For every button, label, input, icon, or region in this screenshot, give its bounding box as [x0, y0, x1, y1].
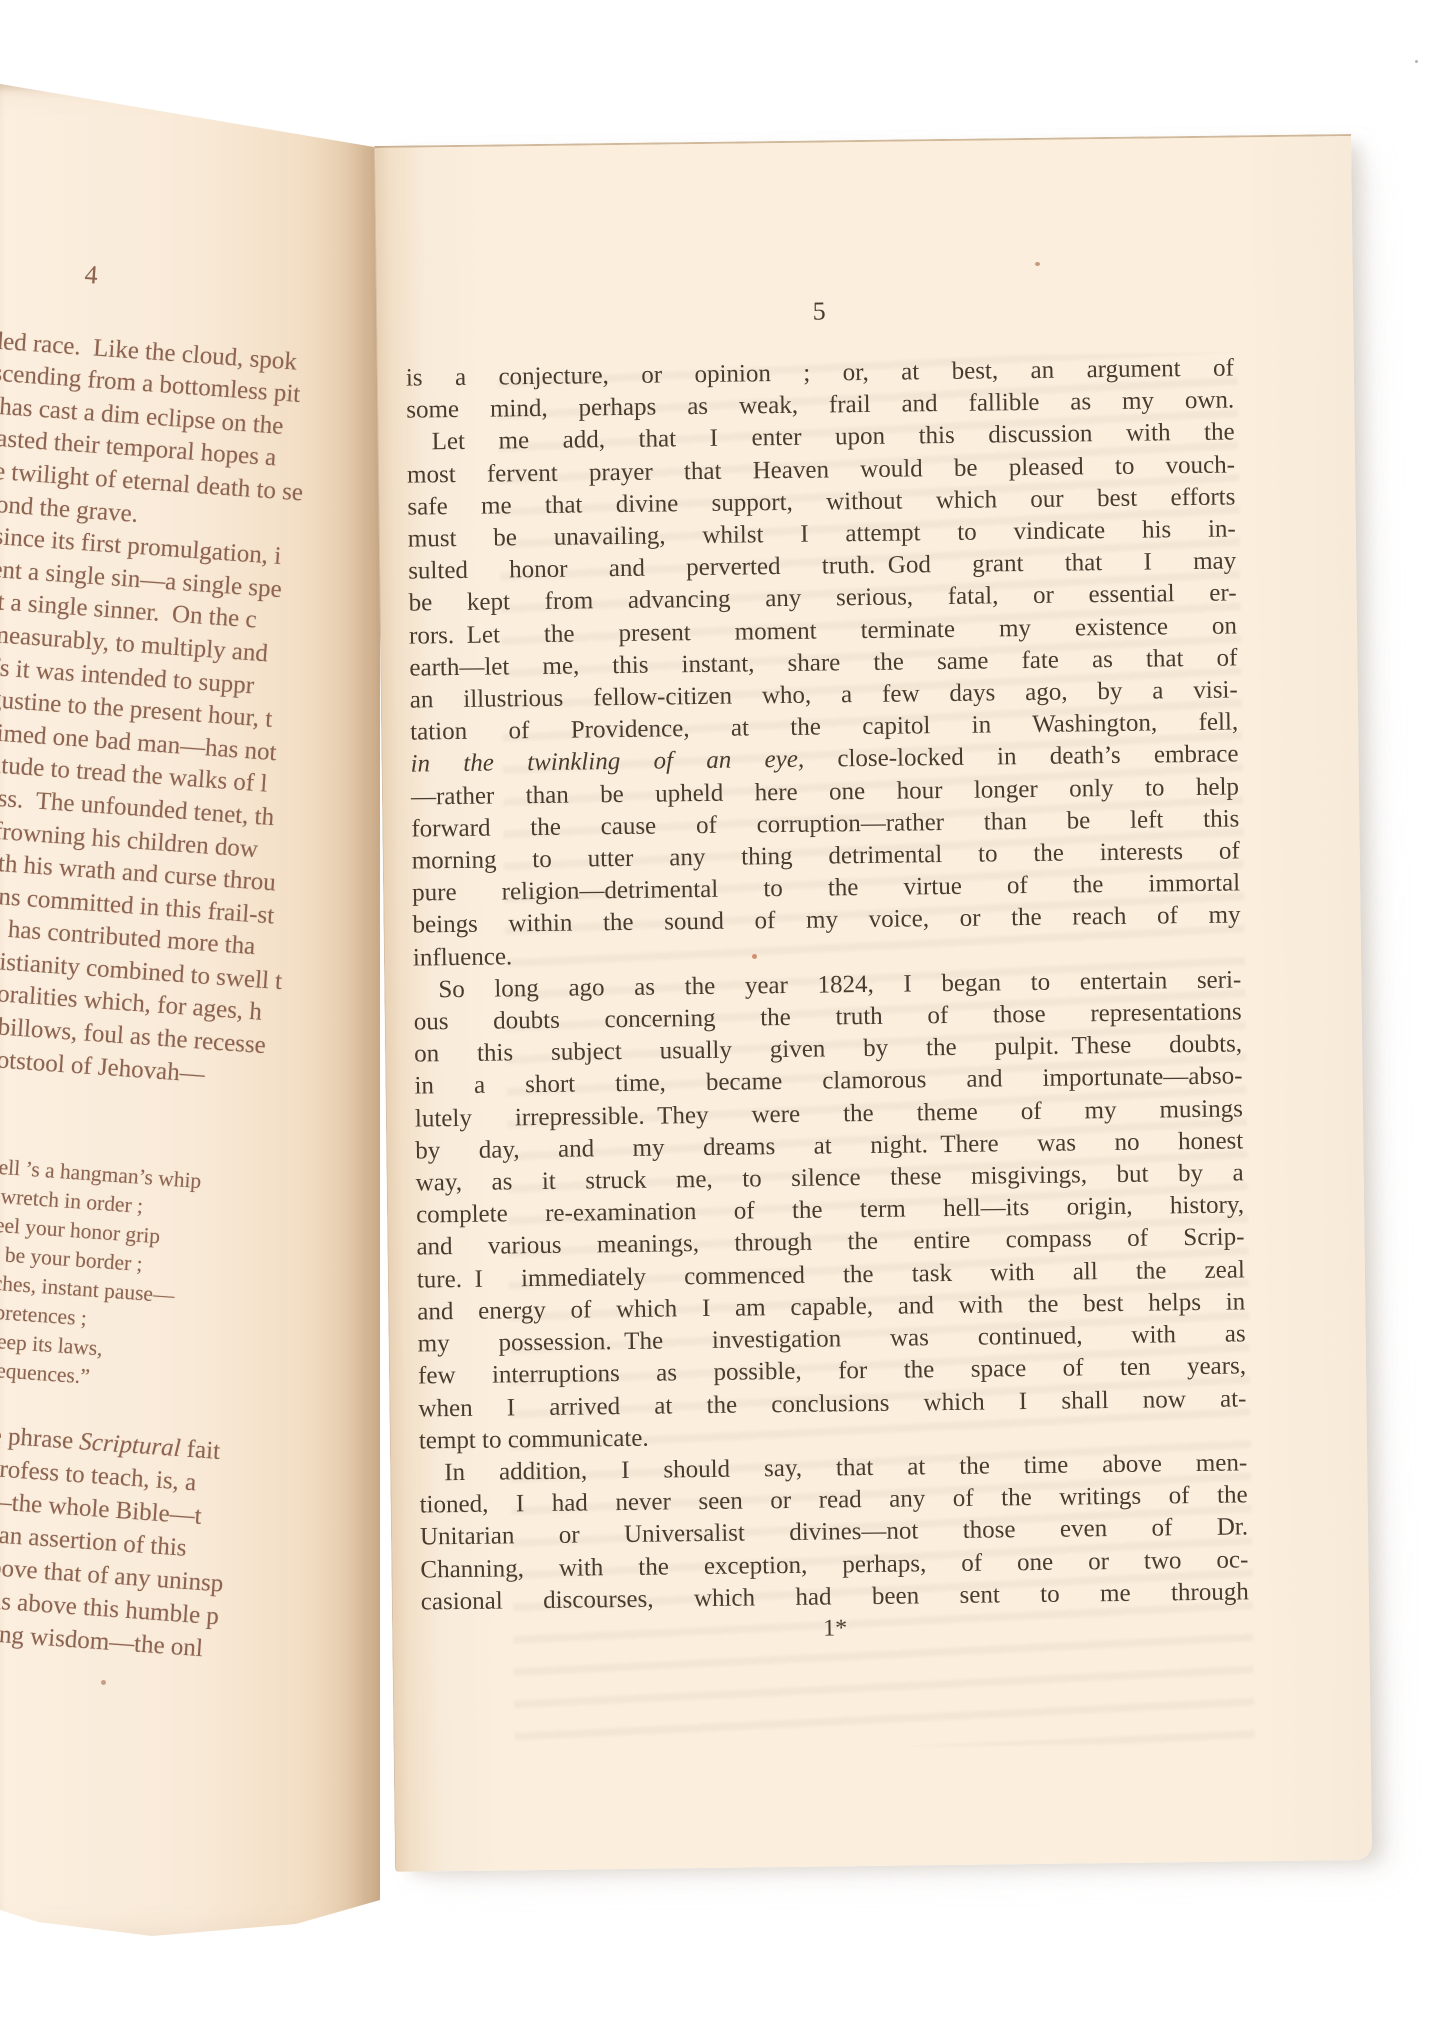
left-page-poem: ar o’ hell ’s a hangman’s whipud the wre…: [0, 1149, 356, 1409]
left-page-text: 4 ided race. Like the cloud, spokascendi…: [0, 252, 419, 1674]
right-page-body: is a conjecture, or opinion ; or, at bes…: [406, 352, 1249, 1618]
left-page-body: ided race. Like the cloud, spokascending…: [0, 324, 414, 1102]
left-page: 4 ided race. Like the cloud, spokascendi…: [0, 84, 380, 1936]
right-page-number: 5: [405, 289, 1233, 332]
foxing-speck: [1415, 60, 1418, 63]
right-page: 5 is a conjecture, or opinion ; or, at b…: [374, 134, 1372, 1872]
right-page-text: 5 is a conjecture, or opinion ; or, at b…: [405, 289, 1249, 1647]
book-photo: 4 ided race. Like the cloud, spokascendi…: [0, 0, 1445, 2023]
left-page-number: 4: [83, 259, 418, 315]
left-page-closing: sis on the phrase Scriptural faitwhich I…: [0, 1413, 338, 1673]
